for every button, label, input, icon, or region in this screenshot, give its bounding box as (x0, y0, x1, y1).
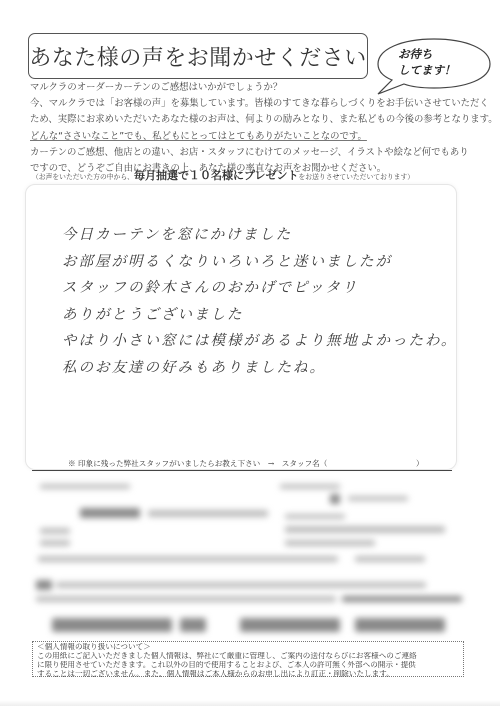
privacy-line: に限り使用させていただきます。これ以外の目的で使用することおよび、ご本人の許可無… (37, 661, 459, 670)
privacy-title: ＜個人情報の取り扱いについて＞ (37, 643, 459, 652)
page-edge (0, 700, 500, 706)
handwritten-line: ありがとうございました (62, 302, 452, 329)
bubble-line-2: してます！ (398, 62, 468, 78)
present-highlight: 毎月抽選で１０名様にプレゼント (134, 169, 299, 182)
redacted-section (30, 478, 470, 628)
handwritten-line: 今日カーテンを窓にかけました (62, 222, 452, 249)
present-prefix: （お声をいただいた方の中から、 (32, 173, 134, 181)
intro-line: 今、マルクラでは「お客様の声」を募集しています。皆様のすてきな暮らしづくりをお手… (30, 96, 480, 112)
form-title-box: あなた様の声をお聞かせください (28, 33, 368, 79)
form-title: あなた様の声をお聞かせください (29, 41, 367, 72)
intro-line: カーテンのご感想、他店との違い、お店・スタッフにむけてのメッセージ、イラストや絵… (30, 145, 480, 161)
intro-text: マルクラのオーダーカーテンのご感想はいかがでしょうか？ 今、マルクラでは「お客様… (30, 80, 480, 177)
intro-line: マルクラのオーダーカーテンのご感想はいかがでしょうか？ (30, 80, 480, 96)
bubble-line-1: お待ち (398, 46, 468, 62)
staff-prompt: ※ 印象に残った弊社スタッフがいましたらお教え下さい → スタッフ名（ (68, 458, 327, 469)
handwritten-line: 私のお友達の好みもありましたね。 (62, 355, 452, 382)
handwritten-line: お部屋が明るくなりいろいろと迷いましたが (62, 249, 452, 276)
privacy-line: この用紙にご記入いただきました個人情報は、弊社にて厳重に管理し、ご案内の送付なら… (37, 652, 459, 661)
handwritten-line: スタッフの鈴木さんのおかげでピッタリ (62, 275, 452, 302)
staff-paren-close: ） (416, 458, 424, 469)
privacy-notice: ＜個人情報の取り扱いについて＞ この用紙にご記入いただきました個人情報は、弊社に… (32, 641, 464, 677)
present-notice: （お声をいただいた方の中から、毎月抽選で１０名様にプレゼントをお送りさせていただ… (32, 164, 414, 183)
present-suffix: をお送りさせていただいております） (299, 173, 415, 181)
intro-line-emphasis: どんな“ささいなこと”でも、私どもにとってはとてもありがたいことなのです。 (30, 129, 480, 145)
handwritten-message: 今日カーテンを窓にかけました お部屋が明るくなりいろいろと迷いましたが スタッフ… (62, 222, 452, 381)
staff-name-field: ※ 印象に残った弊社スタッフがいましたらお教え下さい → スタッフ名（ ） (32, 458, 452, 471)
privacy-line: することは一切ございません。また、個人情報はご本人様からのお申し出により訂正・削… (37, 670, 459, 679)
speech-bubble-text: お待ち してます！ (398, 46, 468, 78)
intro-line: ため、実際にお求めいただいたあなた様のお声は、何よりの励みとなり、また私どもの今… (30, 112, 480, 128)
handwritten-line: やはり小さい窓には模様があるより無地よかったわ。 (62, 328, 452, 355)
